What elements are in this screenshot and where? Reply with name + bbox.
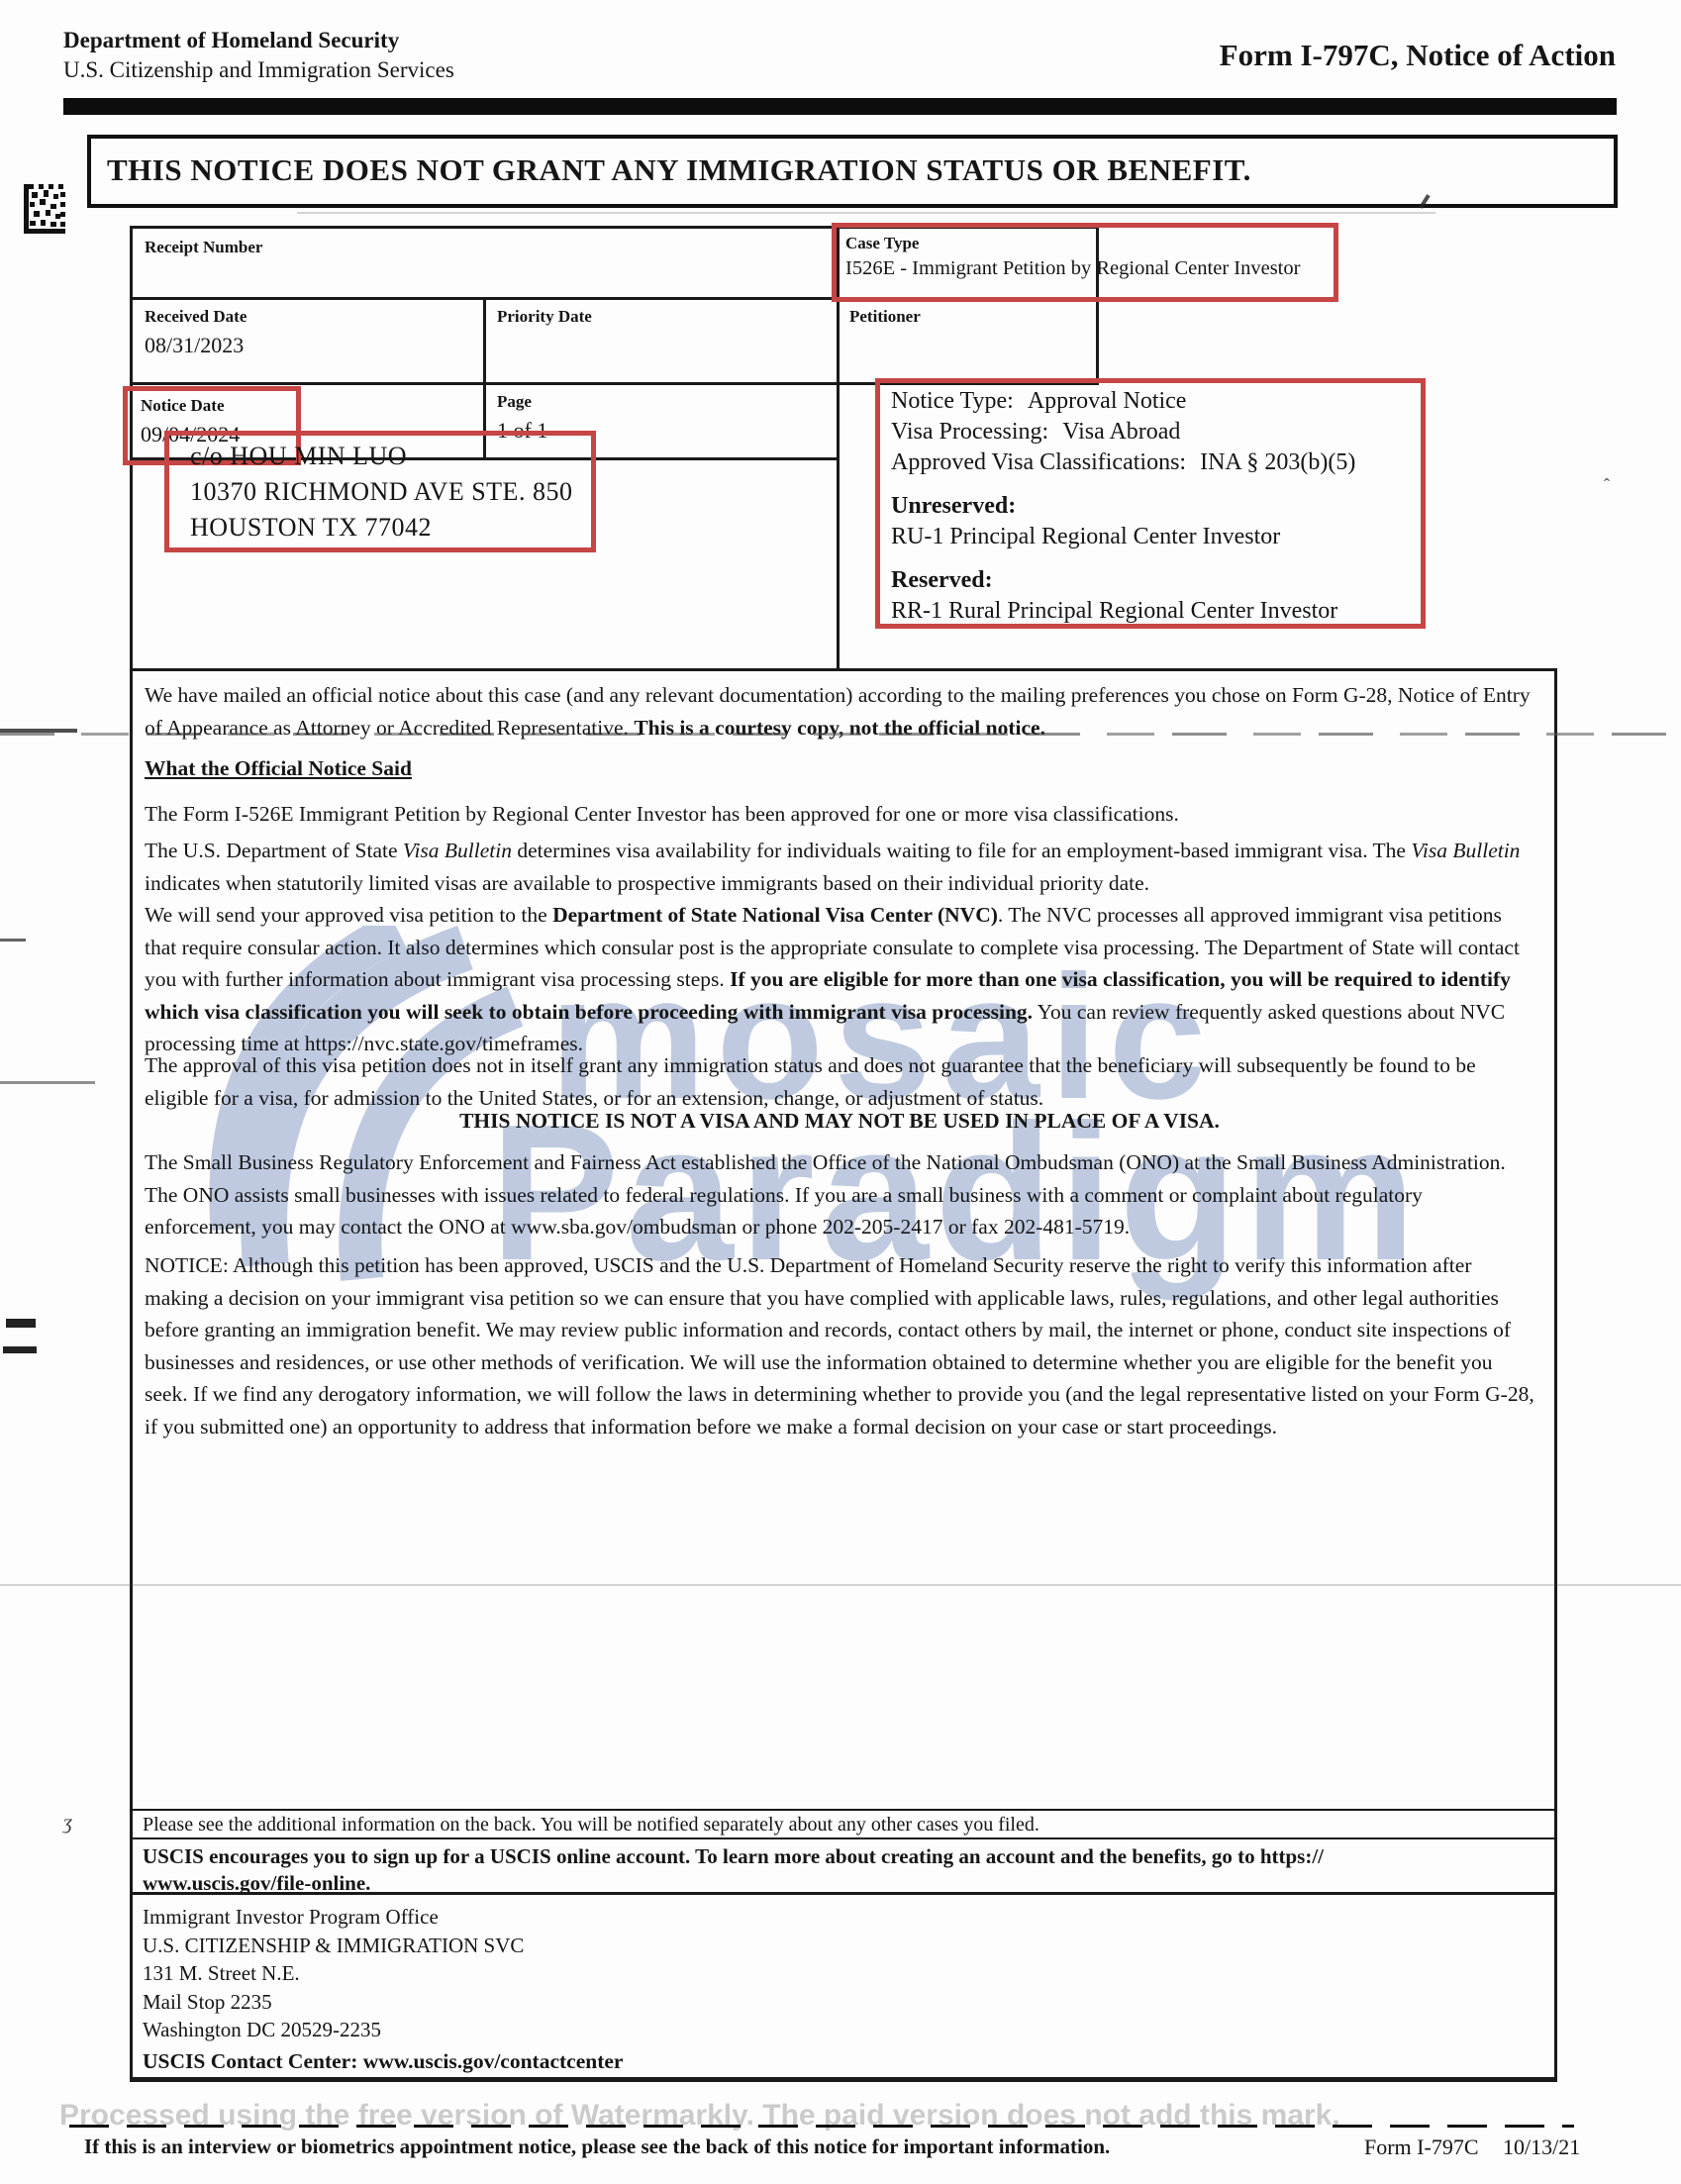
footer-divider-1 [130,1809,1556,1811]
ombudsman-paragraph: The Small Business Regulatory Enforcemen… [145,1146,1534,1243]
case-type-label: Case Type [845,234,919,253]
received-date-label: Received Date [145,307,247,327]
form-revision-date: 10/13/21 [1503,2134,1580,2160]
form-title: Form I-797C, Notice of Action [1220,38,1616,73]
footer-divider-2 [130,1837,1556,1839]
online-account-line-1: USCIS encourages you to sign up for a US… [143,1844,1324,1868]
footer-divider-3 [130,1892,1556,1895]
classifications-label: Approved Visa Classifications: [891,447,1186,478]
nvc-paragraph: We will send your approved visa petition… [145,899,1534,1060]
priority-date-label: Priority Date [497,307,592,327]
scan-artifact [3,1346,37,1353]
issuing-office-address: Immigrant Investor Program Office U.S. C… [143,1903,524,2044]
recipient-line-3: HOUSTON TX 77042 [190,510,572,546]
i797c-notice-document: mosaic Paradigm Department of Homeland S… [0,0,1681,2184]
received-date-value: 08/31/2023 [145,333,244,358]
notice-type-value: Approval Notice [1028,386,1187,417]
contact-center-line: USCIS Contact Center: www.uscis.gov/cont… [143,2049,623,2074]
form-code-footer: Form I-797C [1364,2134,1479,2160]
visa-bulletin-paragraph: The U.S. Department of State Visa Bullet… [145,835,1534,899]
recipient-line-1: c/o HOU MIN LUO [190,439,572,474]
visa-processing-value: Visa Abroad [1062,417,1180,447]
page-border-bottom [130,2077,1557,2082]
fold-line-bottom [69,2125,1574,2128]
case-type-value: I526E - Immigrant Petition by Regional C… [845,257,1300,280]
office-line: Mail Stop 2235 [143,1988,524,2017]
page-border-left [130,226,133,2081]
recipient-address: c/o HOU MIN LUO 10370 RICHMOND AVE STE. … [190,439,572,546]
petitioner-label: Petitioner [849,307,921,327]
not-a-visa-statement: THIS NOTICE IS NOT A VISA AND MAY NOT BE… [145,1105,1534,1138]
no-benefit-banner: THIS NOTICE DOES NOT GRANT ANY IMMIGRATI… [87,135,1618,208]
scan-artifact [6,1319,36,1328]
petition-approved-paragraph: The Form I-526E Immigrant Petition by Re… [145,798,1534,831]
scanner-streak [297,212,1435,214]
scan-artifact [0,1081,95,1084]
office-line: Immigrant Investor Program Office [143,1903,524,1932]
receipt-number-label: Receipt Number [145,238,262,257]
interview-note: If this is an interview or biometrics ap… [84,2134,1110,2159]
scan-artifact [0,729,77,733]
notice-date-label: Notice Date [141,396,225,416]
scan-artifact: ˆ [1604,475,1610,496]
scan-artifact [0,939,26,942]
fold-line-lower [0,1584,1681,1586]
page-label: Page [497,392,532,412]
notice-details: Notice Type:Approval Notice Visa Process… [891,386,1355,627]
fold-line-upper [0,733,1681,736]
online-account-note: USCIS encourages you to sign up for a US… [143,1843,1548,1897]
office-line: 131 M. Street N.E. [143,1959,524,1988]
reserved-value: RR-1 Rural Principal Regional Center Inv… [891,596,1355,627]
agency-subname: U.S. Citizenship and Immigration Service… [63,57,454,83]
office-line: U.S. CITIZENSHIP & IMMIGRATION SVC [143,1932,524,1960]
data-matrix-barcode [24,184,65,234]
verification-notice-paragraph: NOTICE: Although this petition has been … [145,1249,1534,1442]
recipient-line-2: 10370 RICHMOND AVE STE. 850 [190,474,572,510]
official-notice-heading: What the Official Notice Said [145,752,1534,785]
office-line: Washington DC 20529-2235 [143,2016,524,2044]
additional-info-note: Please see the additional information on… [143,1814,1039,1837]
banner-text: THIS NOTICE DOES NOT GRANT ANY IMMIGRATI… [107,152,1251,187]
unreserved-label: Unreserved: [891,491,1355,522]
notice-type-label: Notice Type: [891,386,1014,417]
page-border-right [1554,668,1557,2081]
unreserved-value: RU-1 Principal Regional Center Investor [891,522,1355,552]
reserved-label: Reserved: [891,565,1355,596]
visa-processing-label: Visa Processing: [891,417,1048,447]
header-rule [63,98,1617,115]
agency-name: Department of Homeland Security [63,28,399,53]
body-border-top [130,668,1556,671]
classifications-value: INA § 203(b)(5) [1200,447,1355,478]
scan-artifact: ʒ [63,1812,72,1835]
